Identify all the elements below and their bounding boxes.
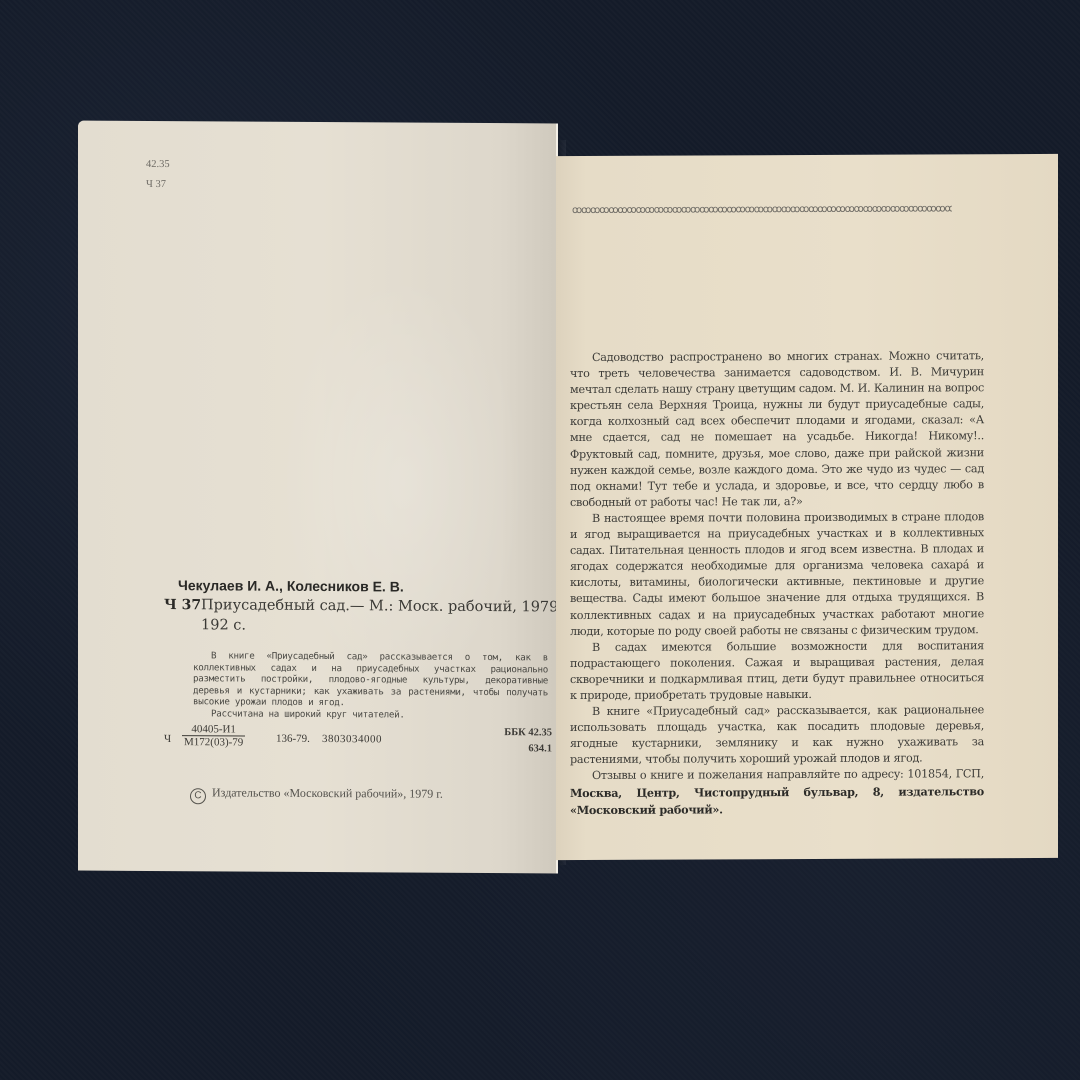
page-light-reflection xyxy=(278,272,528,694)
catalog-index: Ч 40405-И1 М172(03)-79 136-79. 380303400… xyxy=(164,723,554,765)
authors: Чекулаев И. А., Колесников Е. В. xyxy=(178,577,404,594)
publisher-address: Москва, Центр, Чистопрудный бульвар, 8, … xyxy=(570,784,984,817)
annotation-audience: Рассчитана на широкий круг читателей. xyxy=(193,708,548,722)
index-letter: Ч xyxy=(164,733,171,745)
page-count: 192 с. xyxy=(201,617,246,633)
annotation: В книге «Приусадебный сад» рассказываетс… xyxy=(193,650,548,722)
preface-text: Садоводство распространено во многих стр… xyxy=(570,348,984,819)
paragraph: В настоящее время почти половина произво… xyxy=(570,509,984,640)
paragraph: В садах имеются большие возможности для … xyxy=(570,638,984,704)
bbk-sub: 634.1 xyxy=(504,741,552,757)
copyright-line: CИздательство «Московский рабочий», 1979… xyxy=(190,785,443,806)
index-denominator: М172(03)-79 xyxy=(182,735,245,748)
feedback-paragraph: Отзывы о книге и пожелания направляйте п… xyxy=(570,767,984,819)
corner-author-mark: Ч 37 xyxy=(146,179,166,190)
copyright-icon: C xyxy=(190,788,206,804)
copyright-text: Издательство «Московский рабочий», 1979 … xyxy=(212,785,443,800)
index-code: 136-79. xyxy=(276,733,310,745)
annotation-text: В книге «Приусадебный сад» рассказываетс… xyxy=(193,650,548,710)
bbk-block: ББК 42.35 634.1 xyxy=(504,725,552,757)
index-fraction: 40405-И1 М172(03)-79 xyxy=(182,723,245,748)
left-page: 42.35 Ч 37 Чекулаев И. А., Колесников Е.… xyxy=(78,121,558,874)
decorative-border-ornament: ꝏꝏꝏꝏꝏꝏꝏꝏꝏꝏꝏꝏꝏꝏꝏꝏꝏꝏꝏꝏꝏꝏꝏꝏꝏꝏꝏꝏꝏꝏꝏꝏꝏꝏꝏꝏꝏꝏꝏꝏ… xyxy=(572,203,952,216)
paragraph: В книге «Приусадебный сад» рассказываетс… xyxy=(570,702,984,768)
index-number: 3803034000 xyxy=(322,733,382,745)
corner-bbk-code: 42.35 xyxy=(146,159,170,170)
right-page: ꝏꝏꝏꝏꝏꝏꝏꝏꝏꝏꝏꝏꝏꝏꝏꝏꝏꝏꝏꝏꝏꝏꝏꝏꝏꝏꝏꝏꝏꝏꝏꝏꝏꝏꝏꝏꝏꝏꝏꝏ… xyxy=(556,154,1058,860)
feedback-intro: Отзывы о книге и пожелания направляйте п… xyxy=(592,768,984,783)
index-numerator: 40405-И1 xyxy=(182,723,245,735)
paragraph: Садоводство распространено во многих стр… xyxy=(570,348,984,511)
author-classmark: Ч 37 xyxy=(164,597,201,613)
bibliographic-title: Приусадебный сад.— М.: Моск. рабочий, 19… xyxy=(201,597,577,615)
bbk-label: ББК 42.35 xyxy=(504,725,552,741)
